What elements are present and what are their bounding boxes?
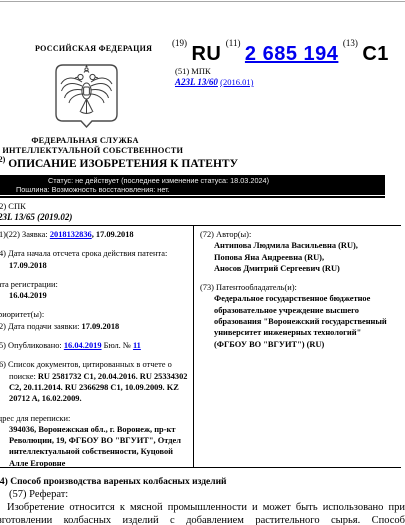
code-12-label: (12) bbox=[0, 155, 5, 164]
patent-holder-label: (73) Патентообладатель(и): bbox=[200, 283, 297, 292]
fee-line: Пошлина: Возможность восстановления: нет… bbox=[0, 185, 385, 194]
publication-number-link[interactable]: 2 685 194 bbox=[245, 43, 338, 65]
ipc-code-link[interactable]: A23L 13/60 bbox=[175, 77, 218, 87]
bulletin-number-link[interactable]: 11 bbox=[133, 341, 141, 350]
bulletin-label: Бюл. № bbox=[104, 341, 131, 350]
authors-label: (72) Автор(ы): bbox=[200, 229, 388, 240]
document-type-heading: (12) ОПИСАНИЕ ИЗОБРЕТЕНИЯ К ПАТЕНТУ bbox=[0, 155, 238, 170]
author-name: Аносов Дмитрий Сергеевич (RU) bbox=[200, 263, 388, 274]
correspondence-label: Адрес для переписки: bbox=[0, 414, 70, 423]
ipc-version-link[interactable]: (2016.01) bbox=[220, 77, 253, 87]
registration-date-value: 16.04.2019 bbox=[0, 290, 188, 301]
cited-documents-row: (56) Список документов, цитированных в о… bbox=[0, 359, 188, 404]
patent-holder-row: (73) Патентообладатель(и): Федеральное г… bbox=[200, 282, 388, 350]
country-code: RU bbox=[191, 43, 221, 65]
code-13-label: (13) bbox=[343, 38, 358, 48]
priority-label: Приоритет(ы): bbox=[0, 309, 188, 320]
abstract-label: (57) Реферат: bbox=[9, 489, 68, 500]
invention-title: (54) Способ производства вареных колбасн… bbox=[0, 477, 227, 487]
registration-date-row: Дата регистрации: 16.04.2019 bbox=[0, 279, 188, 302]
application-date: , 17.09.2018 bbox=[92, 230, 134, 239]
cited-documents-value: RU 2581732 C1, 20.04.2016. RU 25334302 C… bbox=[9, 372, 187, 404]
status-bar: Статус: не действует (последнее изменени… bbox=[0, 175, 385, 195]
correspondence-row: Адрес для переписки: 394036, Воронежская… bbox=[0, 413, 188, 467]
published-label: (45) Опубликовано: bbox=[0, 341, 62, 350]
filing-date-line: (22) Дата подачи заявки: 17.09.2018 bbox=[0, 321, 188, 332]
term-start-label: (24) Дата начала отсчета срока действия … bbox=[0, 249, 167, 258]
column-divider bbox=[193, 226, 194, 467]
agency-line-1: ФЕДЕРАЛЬНАЯ СЛУЖБА bbox=[0, 136, 184, 146]
correspondence-value: 394036, Воронежская обл., г. Воронеж, пр… bbox=[0, 424, 188, 467]
cpc-code: A23L 13/65 (2019.02) bbox=[0, 212, 72, 222]
biblio-right-column: (72) Автор(ы): Антипова Людмила Васильев… bbox=[200, 226, 388, 467]
published-date-link[interactable]: 16.04.2019 bbox=[64, 341, 102, 350]
ipc-classification: A23L 13/60 (2016.01) bbox=[175, 77, 253, 87]
code-19-label: (19) bbox=[172, 38, 187, 48]
application-number-link[interactable]: 2018132836 bbox=[50, 230, 92, 239]
registration-date-label: Дата регистрации: bbox=[0, 280, 58, 289]
country-name: РОССИЙСКАЯ ФЕДЕРАЦИЯ bbox=[35, 44, 152, 53]
agency-name: ФЕДЕРАЛЬНАЯ СЛУЖБА ПО ИНТЕЛЛЕКТУАЛЬНОЙ С… bbox=[0, 136, 184, 156]
application-row: (21)(22) Заявка: 2018132836, 17.09.2018 bbox=[0, 229, 188, 240]
application-label: (21)(22) Заявка: bbox=[0, 230, 48, 239]
top-divider bbox=[0, 1, 405, 2]
status-line: Статус: не действует (последнее изменени… bbox=[0, 176, 385, 185]
code-11-label: (11) bbox=[226, 38, 241, 48]
author-name: Попова Яна Андреевна (RU), bbox=[200, 252, 388, 263]
authors-row: (72) Автор(ы): Антипова Людмила Васильев… bbox=[200, 229, 388, 274]
published-row: (45) Опубликовано: 16.04.2019 Бюл. № 11 bbox=[0, 340, 188, 351]
publication-number-line: (19) RU (11) 2 685 194 (13) C1 bbox=[172, 38, 389, 66]
kind-code: C1 bbox=[362, 43, 389, 65]
patent-document-page: РОССИЙСКАЯ ФЕДЕРАЦИЯ (19) RU (11) 2 685 … bbox=[0, 0, 405, 525]
biblio-left-column: (21)(22) Заявка: 2018132836, 17.09.2018 … bbox=[0, 226, 188, 467]
document-type-text: ОПИСАНИЕ ИЗОБРЕТЕНИЯ К ПАТЕНТУ bbox=[8, 158, 238, 170]
cpc-section-label: (52) СПК bbox=[0, 201, 26, 211]
term-start-row: (24) Дата начала отсчета срока действия … bbox=[0, 248, 188, 271]
term-start-value: 17.09.2018 bbox=[0, 260, 188, 271]
priority-row: Приоритет(ы): (22) Дата подачи заявки: 1… bbox=[0, 309, 188, 332]
author-name: Антипова Людмила Васильевна (RU), bbox=[200, 240, 388, 251]
filing-date-value: 17.09.2018 bbox=[82, 322, 120, 331]
bibliographic-table: (21)(22) Заявка: 2018132836, 17.09.2018 … bbox=[0, 225, 401, 468]
filing-date-label: (22) Дата подачи заявки: bbox=[0, 322, 79, 331]
patent-holder-value: Федеральное государственное бюджетное об… bbox=[200, 293, 388, 349]
horizontal-rule bbox=[0, 196, 385, 198]
coat-of-arms-eagle bbox=[55, 64, 118, 129]
abstract-text: Изобретение относится к мясной промышлен… bbox=[0, 501, 405, 525]
ipc-section-label: (51) МПК bbox=[175, 66, 211, 76]
